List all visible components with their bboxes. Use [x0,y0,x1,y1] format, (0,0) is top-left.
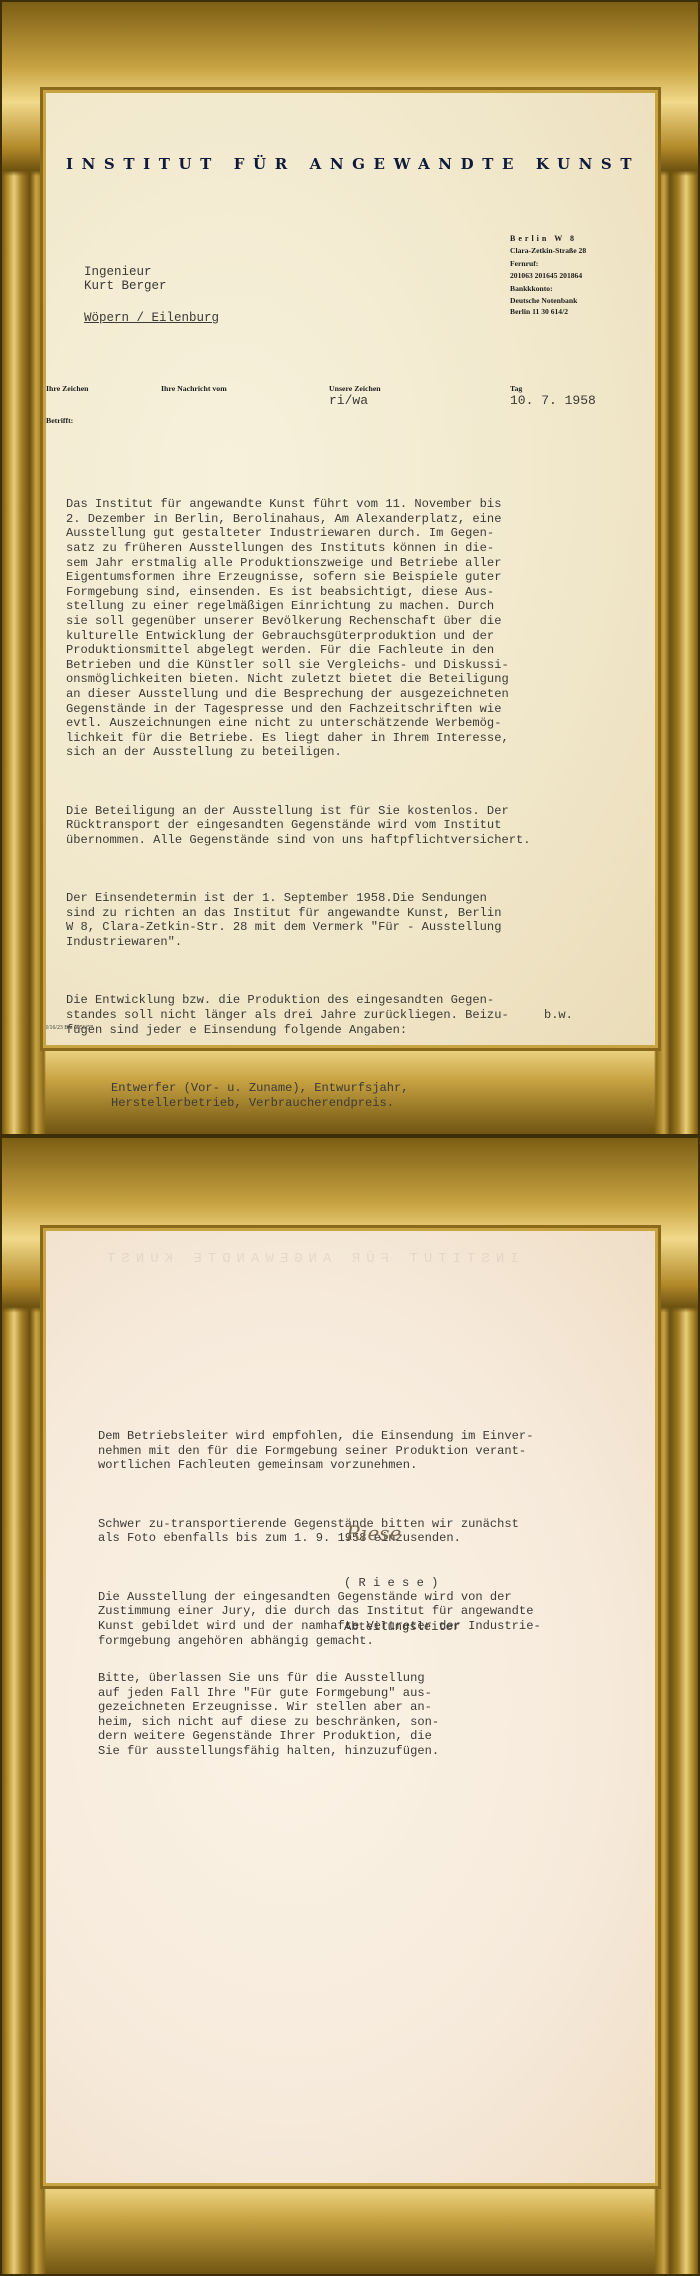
letterhead-title: INSTITUT FÜR ANGEWANDTE KUNST [66,155,640,173]
recipient-title: Ingenieur [84,265,219,279]
letter-page-2: INSTITUT FÜR ANGEWANDTE KUNST Dem Betrie… [46,1231,655,2183]
tag-value: 10. 7. 1958 [510,393,596,408]
ihre-zeichen-label: Ihre Zeichen [46,384,89,393]
recipient-name: Kurt Berger [84,279,219,293]
postscript: Bitte, überlassen Sie uns für die Ausste… [98,1671,658,1759]
ghost-show-through: INSTITUT FÜR ANGEWANDTE KUNST [101,1251,519,1267]
unsere-zeichen-label: Unsere Zeichen [329,384,381,393]
signature-block: ( R i e s e ) Abteilungsleiter [344,1547,460,1664]
print-code: I/16/23 Bm 8056/57 [46,1025,93,1031]
signer-name: ( R i e s e ) [344,1576,460,1591]
unsere-zeichen-value: ri/wa [329,393,368,408]
recipient-place: Wöpern / Eilenburg [84,311,219,325]
sender-address: Berlin W 8 Clara-Zetkin-Straße 28 Fernru… [510,233,586,318]
required-info-list: Entwerfer (Vor- u. Zuname), Entwurfsjahr… [66,1081,656,1110]
paragraph-costs: Die Beteiligung an der Ausstellung ist f… [66,804,656,848]
bank-label: Bankkkonto: [510,283,586,295]
letter-page-1: INSTITUT FÜR ANGEWANDTE KUNST Berlin W 8… [46,93,655,1045]
ihre-nachricht-label: Ihre Nachricht vom [161,384,227,393]
gilded-frame-page-1: INSTITUT FÜR ANGEWANDTE KUNST Berlin W 8… [0,0,700,1136]
paragraph-exhibition-intro: Das Institut für angewandte Kunst führt … [66,497,656,760]
letter-body-page-1: Das Institut für angewandte Kunst führt … [66,468,656,1154]
paragraph-deadline: Der Einsendetermin ist der 1. September … [66,891,656,949]
betrifft-label: Betrifft: [46,416,73,425]
turn-over-note: b.w. [544,1008,573,1022]
bank-name: Deutsche Notenbank [510,295,586,307]
signer-title: Abteilungsleiter [344,1620,460,1635]
gilded-frame-page-2: INSTITUT FÜR ANGEWANDTE KUNST Dem Betrie… [0,1136,700,2276]
phone-numbers: 201063 201645 201864 [510,270,586,282]
bank-account: Berlin 11 30 614/2 [510,306,586,318]
sender-city: Berlin W 8 [510,233,586,245]
handwritten-signature: Riese [346,1521,401,1545]
phone-label: Fernruf: [510,258,586,270]
tag-label: Tag [510,384,522,393]
recipient-block: Ingenieur Kurt Berger Wöpern / Eilenburg [84,265,219,325]
paragraph-manager-recommendation: Dem Betriebsleiter wird empfohlen, die E… [98,1429,658,1473]
sender-street: Clara-Zetkin-Straße 28 [510,245,586,257]
